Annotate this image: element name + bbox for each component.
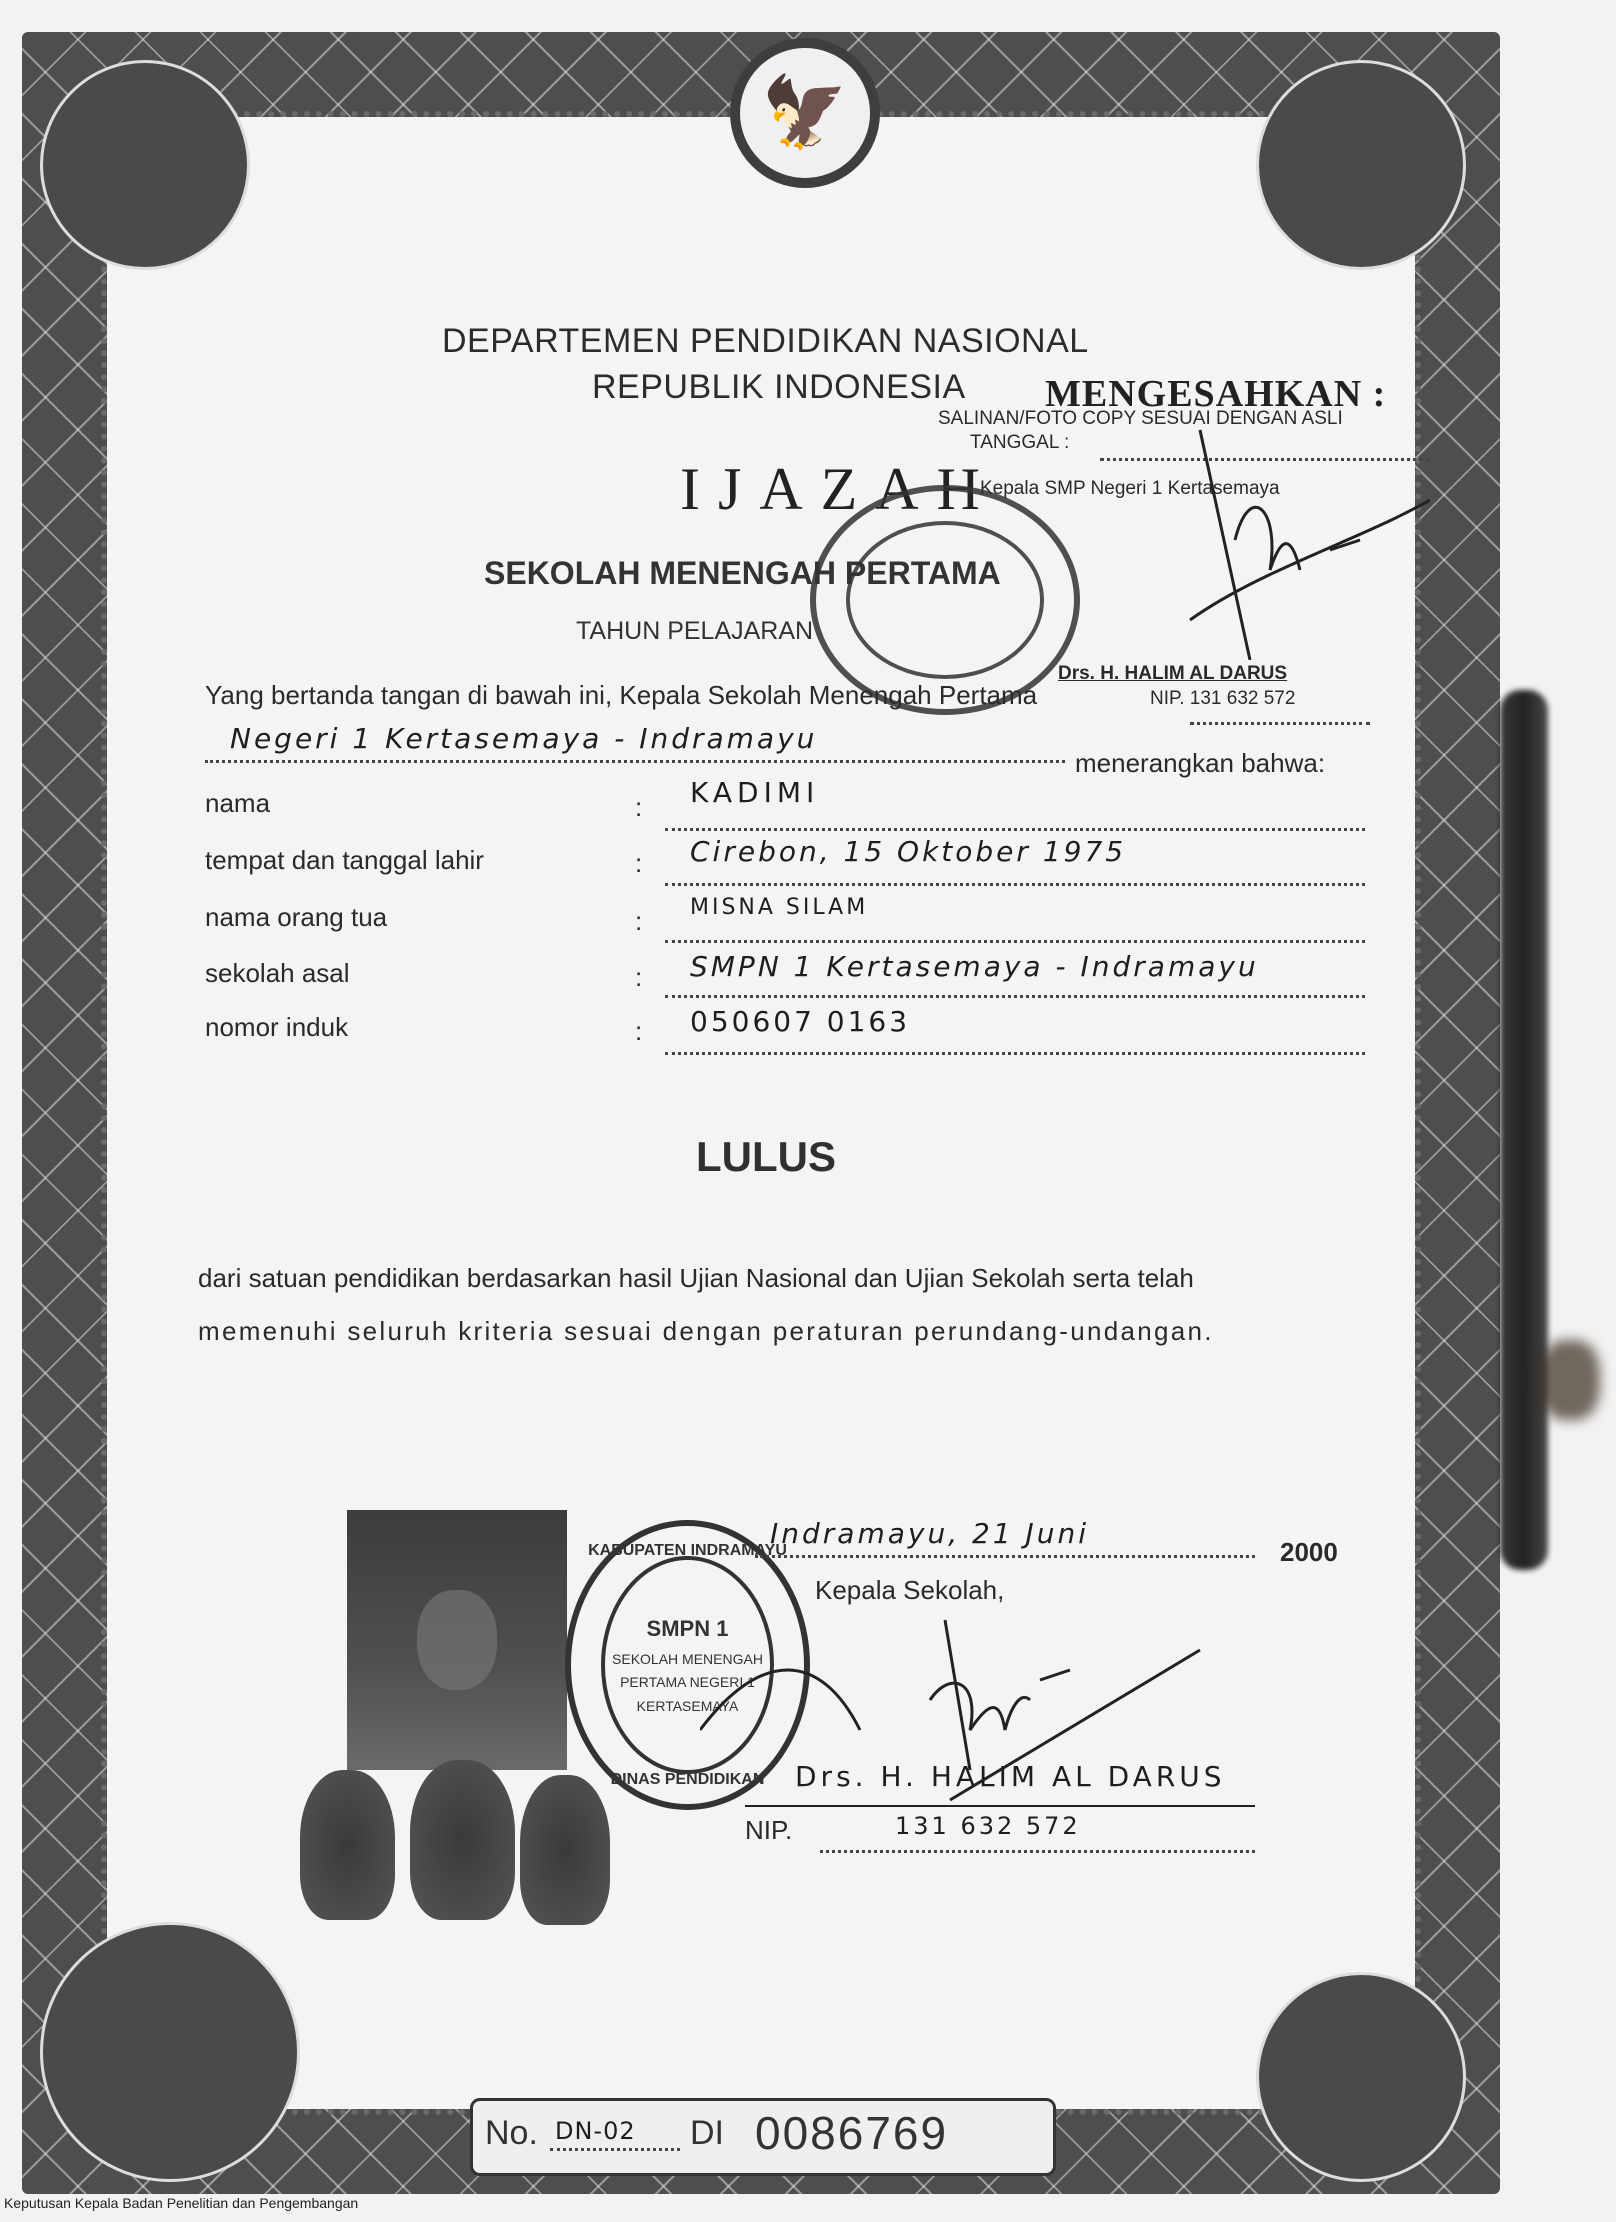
republic-title: REPUBLIK INDONESIA: [592, 368, 966, 407]
result-status: LULUS: [696, 1133, 836, 1181]
place-date: Indramayu, 21 Juni: [770, 1517, 1089, 1550]
footer-note: Keputusan Kepala Badan Penelitian dan Pe…: [4, 2195, 358, 2211]
serial-number: 0086769: [755, 2106, 948, 2160]
corner-ornament-icon: [40, 1922, 300, 2182]
corner-ornament-icon: [1256, 60, 1466, 270]
principal-role: Kepala Sekolah,: [815, 1575, 1004, 1606]
legalization-nip: NIP. 131 632 572: [1150, 688, 1295, 710]
parent-name: MISNA SILAM: [690, 895, 868, 920]
birth-place-date: Cirebon, 15 Oktober 1975: [690, 835, 1126, 868]
school-name-handwritten: Negeri 1 Kertasemaya - Indramayu: [230, 722, 817, 755]
intro-line: Yang bertanda tangan di bawah ini, Kepal…: [205, 680, 1037, 711]
ink-stain: [1500, 690, 1548, 1570]
academic-year-label: TAHUN PELAJARAN: [576, 617, 813, 646]
legalization-date-label: TANGGAL :: [970, 432, 1069, 454]
nip-label: NIP.: [745, 1815, 792, 1846]
statement-line-2: memenuhi seluruh kriteria sesuai dengan …: [198, 1316, 1214, 1347]
ministry-title: DEPARTEMEN PENDIDIKAN NASIONAL: [442, 322, 1089, 361]
student-number: 050607 0163: [690, 1005, 910, 1038]
diploma-page: 🦅 DEPARTEMEN PENDIDIKAN NASIONAL REPUBLI…: [0, 0, 1616, 2222]
nip-value: 131 632 572: [895, 1812, 1081, 1840]
signature-year: 2000: [1280, 1537, 1338, 1568]
thumbprint: [410, 1760, 515, 1920]
thumbprint: [520, 1775, 610, 1925]
intro-suffix: menerangkan bahwa:: [1075, 748, 1325, 779]
thumbprint: [300, 1770, 395, 1920]
origin-school: SMPN 1 Kertasemaya - Indramayu: [690, 950, 1259, 983]
ink-stain: [1540, 1340, 1600, 1420]
student-photo: [347, 1510, 567, 1770]
serial-code: DN-02: [555, 2117, 636, 2145]
corner-ornament-icon: [1256, 1972, 1466, 2182]
corner-ornament-icon: [40, 60, 250, 270]
student-name: KADIMI: [690, 776, 819, 809]
statement-line-1: dari satuan pendidikan berdasarkan hasil…: [198, 1263, 1194, 1294]
legalization-signer: Drs. H. HALIM AL DARUS: [1058, 663, 1287, 685]
principal-name: Drs. H. HALIM AL DARUS: [795, 1760, 1226, 1793]
serial-prefix: No.: [485, 2114, 538, 2153]
serial-series: DI: [690, 2114, 724, 2153]
legalization-signature: [1180, 420, 1430, 660]
garuda-emblem-icon: 🦅: [730, 38, 880, 188]
